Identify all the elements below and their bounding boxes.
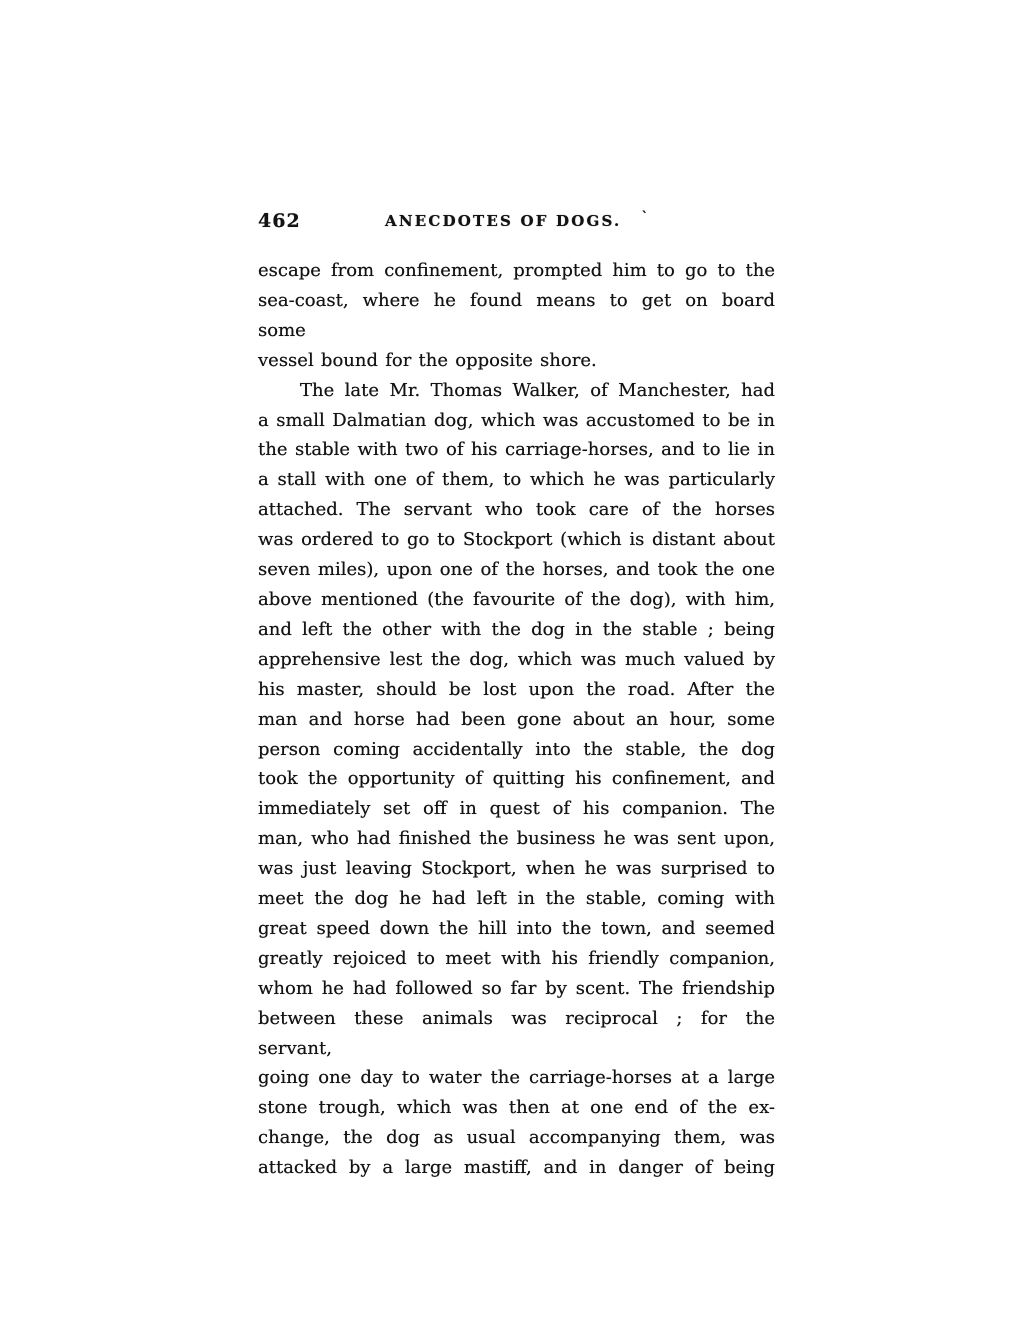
text-line: great speed down the hill into the town,… [258,914,775,944]
text-line: the stable with two of his carriage-hors… [258,435,775,465]
text-line: meet the dog he had left in the stable, … [258,884,775,914]
page-body: escape from confinement, prompted him to… [258,256,775,1183]
text-line: his master, should be lost upon the road… [258,675,775,705]
running-title-text: ANECDOTES OF DOGS. [385,212,621,230]
text-line: a stall with one of them, to which he wa… [258,465,775,495]
text-line: and left the other with the dog in the s… [258,615,775,645]
text-line: between these animals was reciprocal ; f… [258,1004,775,1064]
text-line: above mentioned (the favourite of the do… [258,585,775,615]
text-line: a small Dalmatian dog, which was accusto… [258,406,775,436]
text-line: going one day to water the carriage-hors… [258,1063,775,1093]
text-line: sea-coast, where he found means to get o… [258,286,775,346]
text-line: seven miles), upon one of the horses, an… [258,555,775,585]
print-artifact-mark: ` [641,207,648,229]
text-line: whom he had followed so far by scent. Th… [258,974,775,1004]
text-line: apprehensive lest the dog, which was muc… [258,645,775,675]
text-line: man, who had finished the business he wa… [258,824,775,854]
text-line: was just leaving Stockport, when he was … [258,854,775,884]
running-head: 462 ANECDOTES OF DOGS.` [258,210,775,232]
text-line: man and horse had been gone about an hou… [258,705,775,735]
text-line: attacked by a large mastiff, and in dang… [258,1153,775,1183]
text-line: The late Mr. Thomas Walker, of Mancheste… [258,376,775,406]
text-line: escape from confinement, prompted him to… [258,256,775,286]
page-number: 462 [258,210,301,232]
text-line: was ordered to go to Stockport (which is… [258,525,775,555]
text-line: change, the dog as usual accompanying th… [258,1123,775,1153]
text-line: attached. The servant who took care of t… [258,495,775,525]
text-line: took the opportunity of quitting his con… [258,764,775,794]
book-page: 462 ANECDOTES OF DOGS.` escape from conf… [0,0,1033,1339]
running-title: ANECDOTES OF DOGS.` [258,210,775,234]
text-line: vessel bound for the opposite shore. [258,346,775,376]
text-block: 462 ANECDOTES OF DOGS.` escape from conf… [258,210,775,1183]
text-line: immediately set off in quest of his comp… [258,794,775,824]
text-line: stone trough, which was then at one end … [258,1093,775,1123]
text-line: person coming accidentally into the stab… [258,735,775,765]
text-line: greatly rejoiced to meet with his friend… [258,944,775,974]
